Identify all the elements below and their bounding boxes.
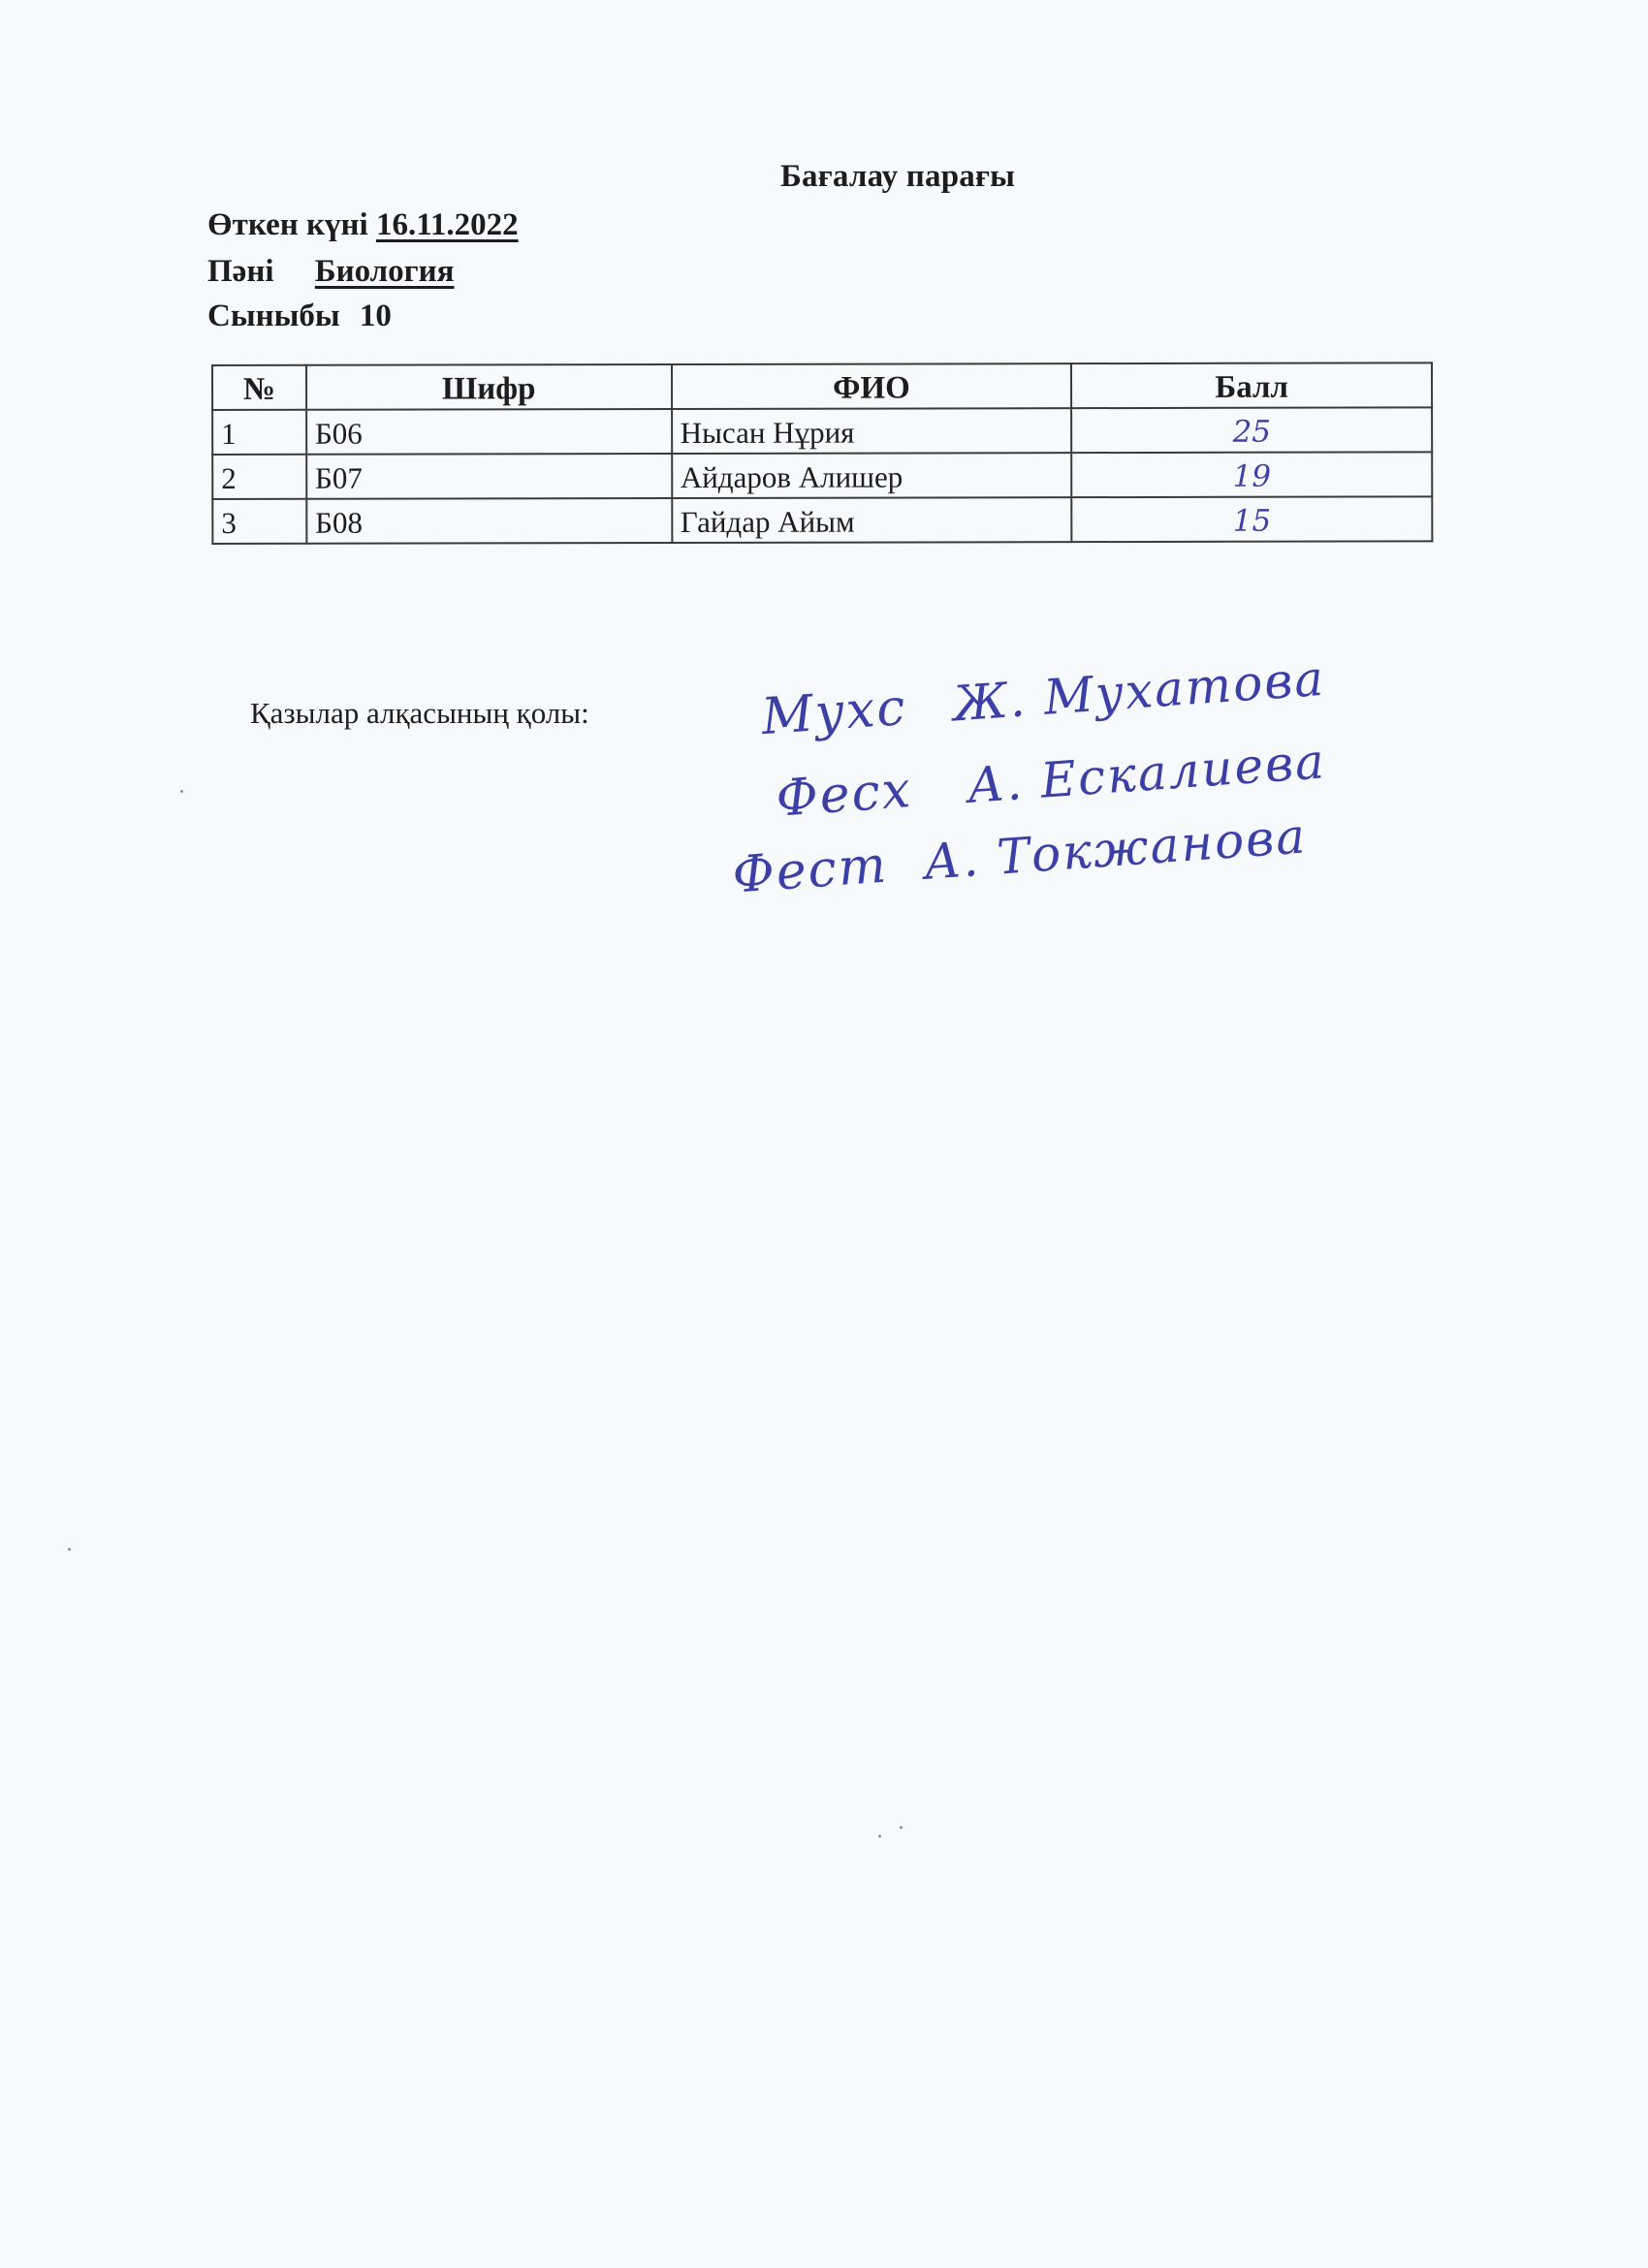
- row-code: Б07: [306, 454, 672, 499]
- row-name: Нысан Нұрия: [672, 408, 1072, 454]
- row-score: 15: [1072, 496, 1433, 542]
- row-code: Б06: [306, 409, 672, 455]
- signature-1: Мухс Ж. Мухатова: [760, 649, 1327, 746]
- class-value: 10: [360, 299, 392, 333]
- signature-mark: Фесх: [775, 758, 953, 828]
- row-code: Б08: [306, 498, 672, 544]
- document-title: Бағалау парағы: [780, 159, 1015, 195]
- grades-table: № Шифр ФИО Балл 1 Б06 Нысан Нұрия 25 2 Б…: [211, 362, 1433, 545]
- scan-speck: [900, 1826, 903, 1829]
- subject-value: Биология: [315, 254, 455, 289]
- signature-mark: Фест: [731, 835, 909, 904]
- header-number: №: [212, 365, 306, 410]
- date-value: 16.11.2022: [376, 207, 519, 242]
- row-name: Гайдар Айым: [672, 497, 1072, 543]
- table-row: 1 Б06 Нысан Нұрия 25: [212, 407, 1432, 455]
- date-label: Өткен күні: [207, 207, 368, 242]
- signer-name: А. Ескалиева: [966, 733, 1328, 814]
- signer-name: А. Токжанова: [922, 807, 1309, 890]
- header-code: Шифр: [306, 364, 672, 410]
- table-row: 3 Б08 Гайдар Айым 15: [212, 496, 1432, 544]
- subject-line: Пәні Биология: [207, 254, 455, 290]
- header-score: Балл: [1071, 362, 1432, 408]
- signature-mark: Мухс: [760, 677, 938, 746]
- scan-speck: [180, 790, 183, 793]
- scan-speck: [878, 1835, 881, 1838]
- row-score: 25: [1071, 407, 1432, 453]
- row-name: Айдаров Алишер: [672, 453, 1072, 498]
- row-number: 2: [212, 455, 306, 499]
- subject-label: Пәні: [207, 254, 274, 289]
- class-label: Сыныбы: [207, 299, 340, 333]
- scan-speck: [68, 1548, 71, 1551]
- signer-name: Ж. Мухатова: [951, 650, 1327, 733]
- header-name: ФИО: [672, 363, 1072, 409]
- date-line: Өткен күні 16.11.2022: [207, 207, 519, 243]
- row-number: 1: [212, 410, 306, 455]
- class-line: Сыныбы 10: [207, 299, 392, 334]
- row-number: 3: [212, 499, 306, 544]
- table-row: 2 Б07 Айдаров Алишер 19: [212, 452, 1432, 499]
- row-score: 19: [1071, 452, 1432, 497]
- table-header-row: № Шифр ФИО Балл: [212, 362, 1432, 410]
- jury-signature-label: Қазылар алқасының қолы:: [250, 696, 589, 731]
